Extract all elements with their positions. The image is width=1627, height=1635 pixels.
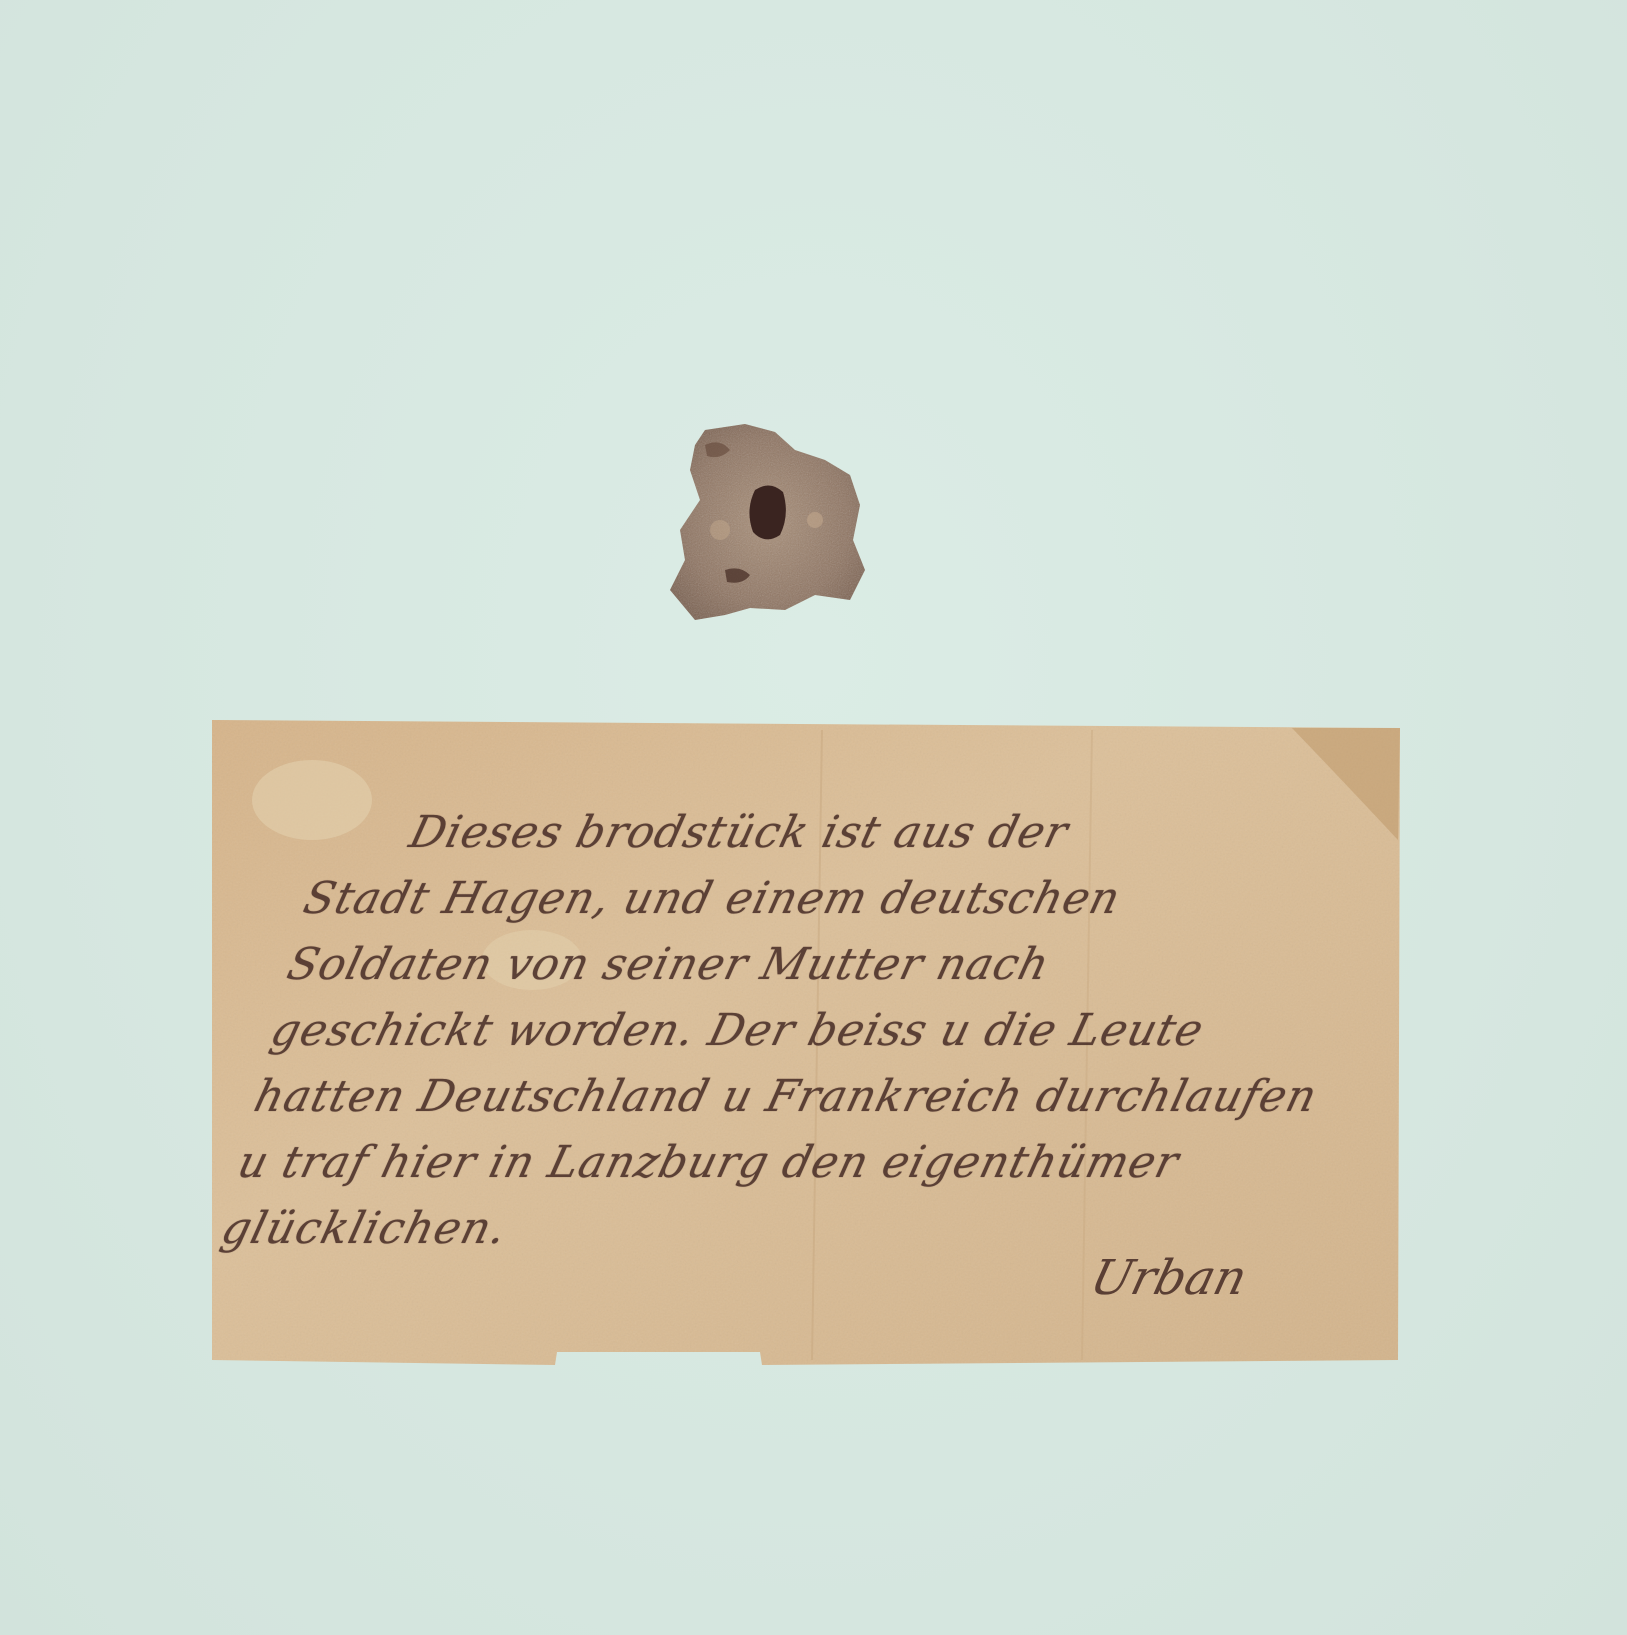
note-line: geschickt worden. Der beiss u die Leute [264,998,1211,1064]
note-line: glücklichen. [214,1196,514,1262]
note-line: Dieses brodstück ist aus der [313,800,1075,866]
note-line: hatten Deutschland u Frankreich durchlau… [247,1064,1324,1130]
bread-fragment-image [665,420,880,630]
signature: Urban [1085,1250,1253,1306]
note-line: Soldaten von seiner Mutter nach [280,932,1056,998]
note-line: u traf hier in Lanzburg den eigenthümer [231,1130,1186,1196]
handwritten-note: Dieses brodstück ist aus der Stadt Hagen… [212,720,1400,1365]
bread-fragment [665,420,880,630]
note-line: Stadt Hagen, und einem deutschen [297,866,1128,932]
handwritten-text: Dieses brodstück ist aus der Stadt Hagen… [214,800,1397,1262]
